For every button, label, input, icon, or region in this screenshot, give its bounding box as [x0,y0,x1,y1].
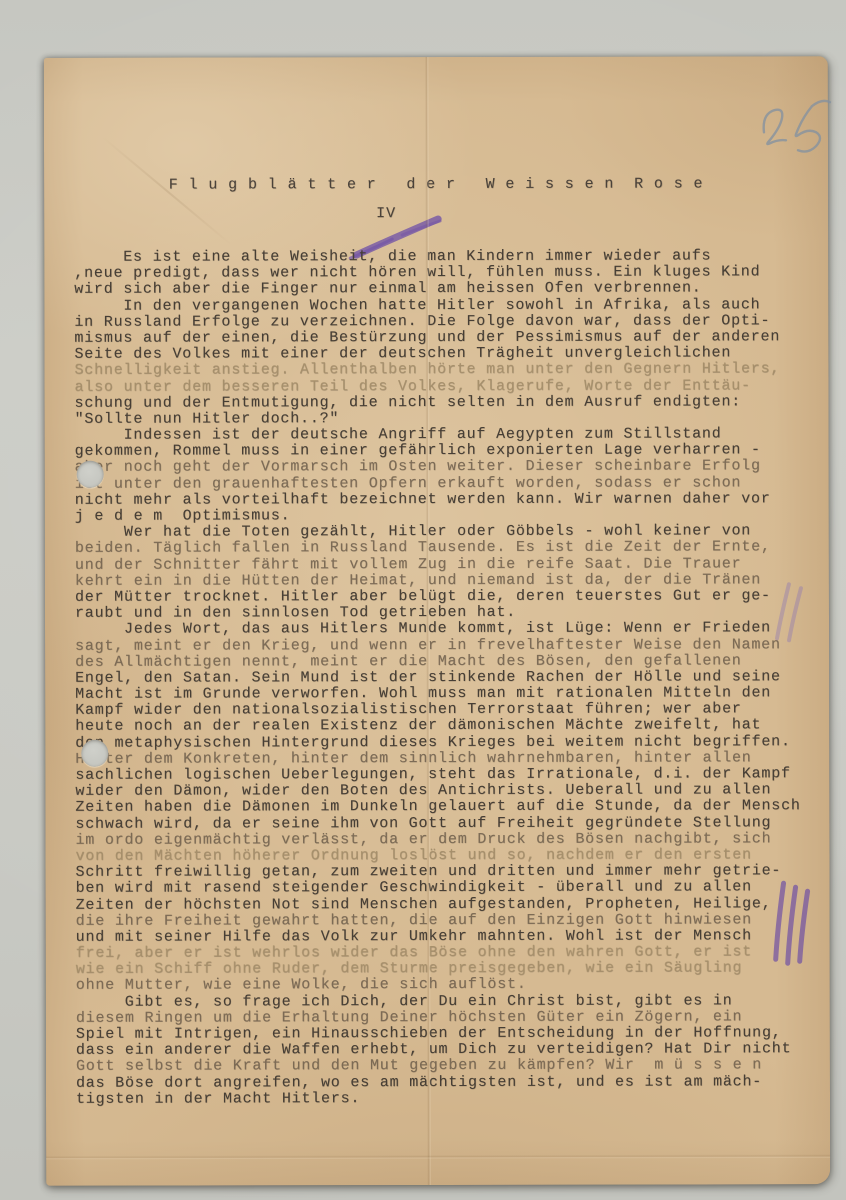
hole-punch [81,740,108,767]
handwritten-page-number [742,84,846,169]
text-line: Hinter dem Konkreten, hinter dem sinnlic… [75,750,820,768]
text-line: von den Mächten höherer Ordnung loslöst … [75,847,820,865]
horizontal-fold-crease [46,1154,830,1160]
hole-punch [77,461,104,488]
text-line: Gott selbst die Kraft und den Mut gegebe… [76,1058,821,1076]
document-title: F l u g b l ä t t e r d e r W e i s s e … [44,175,828,194]
section-number: IV [376,205,396,222]
text-line: ohne Mutter, wie eine Wolke, die sich au… [76,977,821,995]
text-line: nicht mehr als vorteilhaft bezeichnet we… [75,491,820,509]
text-line: also unter dem besseren Teil des Volkes,… [74,378,819,396]
text-line: kehrt ein in die Hütten der Heimat, und … [75,572,820,590]
text-line: die ihre Freiheit gewahrt hatten, die au… [76,912,821,930]
text-line: ist unter den grauenhaftesten Opfern erk… [75,475,820,493]
text-line: tigsten in der Macht Hitlers. [76,1090,821,1108]
text-line: schung und der Entmutigung, die nicht se… [75,394,820,412]
scanned-page: F l u g b l ä t t e r d e r W e i s s e … [0,0,846,1200]
text-line: das Böse dort angreifen, wo es am mächti… [76,1074,821,1092]
paper-sheet: F l u g b l ä t t e r d e r W e i s s e … [44,56,830,1186]
text-line: diesem Ringen um die Erhaltung Deiner hö… [76,1009,821,1027]
document-body: Es ist eine alte Weisheit, die man Kinde… [74,248,821,1107]
text-line: des Allmächtigen nennt, meint er die Mac… [75,653,820,671]
